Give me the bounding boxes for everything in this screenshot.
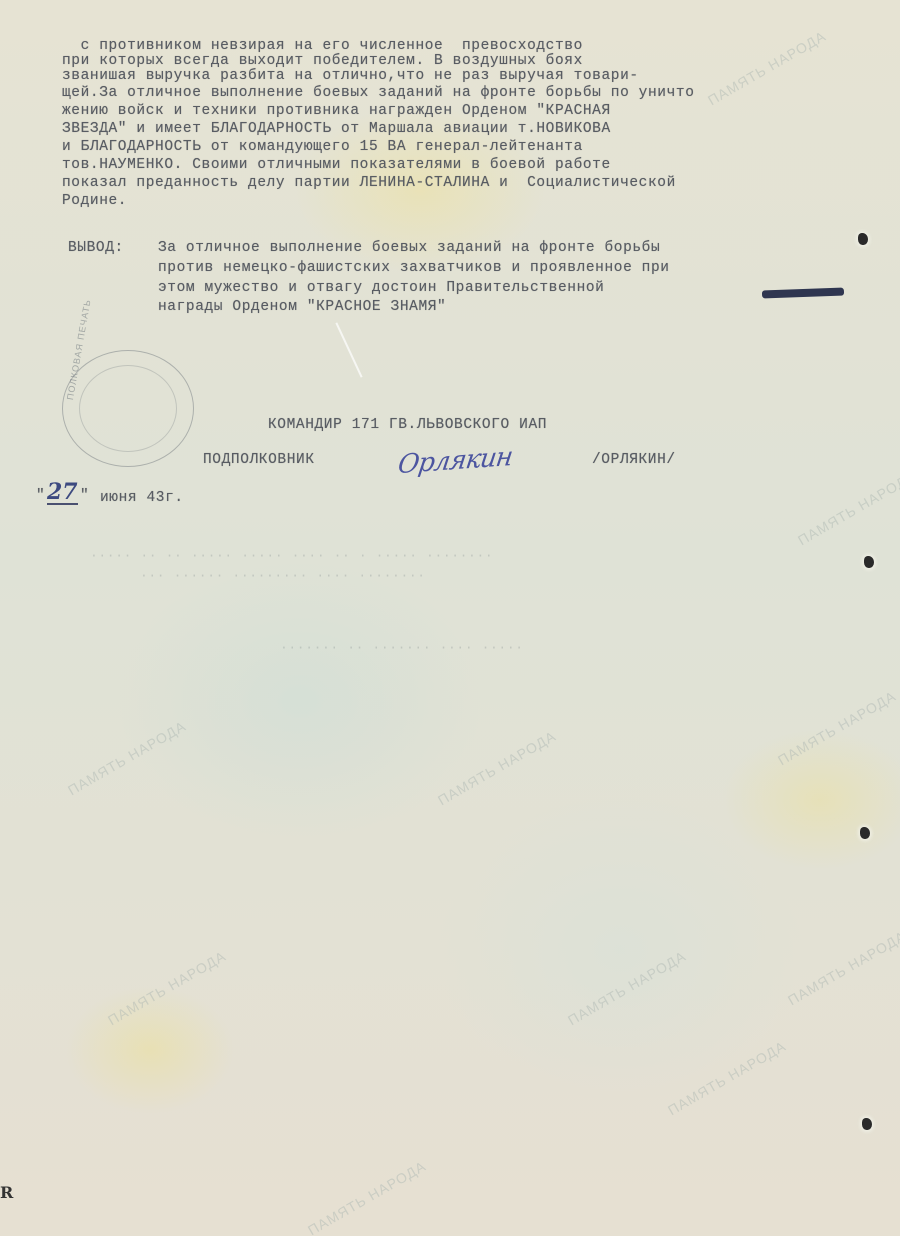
conclusion-label: ВЫВОД:	[68, 240, 124, 256]
bleed-through-text: ······· ·· ······· ···· ·····	[280, 640, 524, 655]
conclusion-line: За отличное выполнение боевых заданий на…	[158, 240, 660, 256]
body-line: жению войск и техники противника награжд…	[62, 103, 611, 119]
body-line: званишая выручка разбита на отлично,что …	[62, 68, 639, 84]
punch-hole	[864, 556, 874, 568]
date-close-quote: "	[80, 488, 89, 504]
body-line: тов.НАУМЕНКО. Своими отличными показател…	[62, 157, 611, 173]
commander-name: /ОРЛЯКИН/	[592, 452, 676, 468]
body-line: с противником невзирая на его численное …	[62, 38, 583, 54]
body-line: ЗВЕЗДА" и имеет БЛАГОДАРНОСТЬ от Маршала…	[62, 121, 611, 137]
stamp-inner-ring	[79, 365, 177, 452]
bleed-through-text: ··· ······ ········· ···· ········	[140, 568, 426, 583]
body-line: показал преданность делу партии ЛЕНИНА-С…	[62, 175, 676, 191]
date-month-year: июня 43г.	[100, 490, 184, 506]
bleed-through-text: ····· ·· ·· ····· ····· ···· ·· · ····· …	[90, 548, 493, 563]
date-day: 27	[47, 481, 78, 505]
punch-hole	[862, 1118, 872, 1130]
date-open-quote: "	[36, 488, 45, 504]
conclusion-line: награды Орденом "КРАСНОЕ ЗНАМЯ"	[158, 299, 446, 315]
body-line: щей.За отличное выполнение боевых задани…	[62, 85, 695, 101]
punch-hole	[858, 233, 868, 245]
body-line: при которых всегда выходит победителем. …	[62, 53, 583, 69]
punch-hole	[860, 827, 870, 839]
edge-letter-mark: R	[0, 1183, 13, 1202]
commander-rank: ПОДПОЛКОВНИК	[203, 452, 315, 468]
commander-title: КОМАНДИР 171 ГВ.ЛЬВОВСКОГО ИАП	[268, 417, 547, 433]
body-line: Родине.	[62, 193, 127, 209]
body-line: и БЛАГОДАРНОСТЬ от командующего 15 ВА ге…	[62, 139, 583, 155]
conclusion-line: против немецко-фашистских захватчиков и …	[158, 260, 670, 276]
conclusion-line: этом мужество и отвагу достоин Правитель…	[158, 280, 604, 296]
official-stamp: ПОЛКОВАЯ ПЕЧАТЬ	[62, 350, 194, 467]
